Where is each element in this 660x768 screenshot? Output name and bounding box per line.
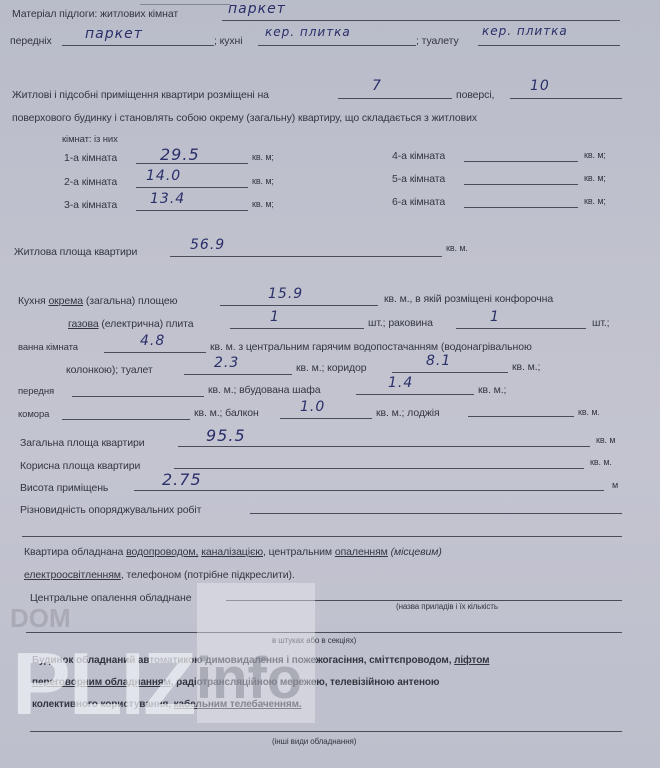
room-label: 6-а кімната [392, 196, 445, 208]
bath-label: ванна кімната [18, 342, 78, 353]
sewer-underlined: каналізацією [201, 546, 263, 558]
closet-value: 1.4 [388, 375, 413, 391]
floor-material-label: Матеріал підлоги: житлових кімнат [12, 8, 178, 20]
equipment-text: , центральним [263, 546, 332, 558]
floor-hall-line [62, 45, 214, 46]
total-area-value: 95.5 [206, 426, 246, 445]
storage-line [62, 419, 190, 420]
bath-text-3: колонкою); туалет [66, 364, 153, 376]
corridor-unit: кв. м.; [512, 361, 540, 373]
room-value: 29.5 [160, 145, 200, 164]
corridor-line [392, 372, 508, 373]
living-area-line [170, 256, 442, 257]
balcony-line [280, 418, 372, 419]
stove-line [230, 328, 364, 329]
watermark-info: info [196, 650, 302, 708]
room-label: 1-а кімната [64, 152, 117, 164]
floor-hall-value: паркет [85, 26, 143, 42]
bath-value: 4.8 [140, 333, 165, 349]
finish-line [250, 513, 622, 514]
water-underlined: водопроводом, [126, 546, 198, 558]
watermark-logo: PLIZ [12, 640, 195, 728]
other-equipment-note: (інші види обладнання) [272, 737, 356, 746]
total-area-unit: кв. м [596, 435, 615, 445]
height-line [134, 490, 604, 491]
room-value: 13.4 [150, 191, 185, 207]
storeys-value: 10 [530, 78, 550, 94]
floor-rooms-value: паркет [228, 1, 286, 17]
closet-label: кв. м.; вбудована шафа [208, 384, 321, 396]
height-label: Висота приміщень [20, 482, 108, 494]
sink-label: шт.; раковина [368, 317, 433, 329]
room-line [136, 210, 248, 211]
room-unit: кв. м; [252, 199, 274, 209]
floor-toilet-line [478, 45, 620, 46]
gas-underlined: газова [68, 318, 99, 330]
storeys-line [510, 98, 622, 99]
bath-text-2: кв. м. з центральним гарячим водопостача… [210, 341, 532, 353]
room-unit: кв. м; [584, 196, 606, 206]
kitchen-text: (електрична) плита [101, 318, 193, 330]
sink-line [456, 328, 586, 329]
finish-line-2 [22, 536, 622, 537]
equipment-text: , телефоном (потрібне підкреслити). [121, 569, 295, 581]
loggia-unit: кв. м. [578, 407, 600, 417]
equipment-text-1: Квартира обладнана водопроводом, каналіз… [24, 546, 442, 558]
heating-underlined: опаленням [335, 546, 388, 558]
closet-line [356, 394, 474, 395]
storage-label: комора [18, 409, 49, 420]
total-area-line [178, 446, 590, 447]
room-line [464, 161, 578, 162]
location-text-3: поверхового будинку і становлять собою о… [12, 112, 477, 124]
kitchen-text-3: кв. м., в якій розміщені конфорочна [384, 293, 553, 305]
sink-unit: шт.; [592, 317, 610, 329]
living-area-unit: кв. м. [446, 243, 468, 253]
room-line [136, 187, 248, 188]
kitchen-label: Кухня окрема (загальна) площею [18, 295, 177, 307]
floor-line [338, 98, 452, 99]
room-label: 3-а кімната [64, 199, 117, 211]
floor-hall-label: передніх [10, 35, 52, 47]
living-area-value: 56.9 [190, 237, 225, 253]
lift-underlined: ліфтом [454, 655, 489, 666]
room-line [464, 207, 578, 208]
floor-kitchen-label: ; кухні [214, 35, 242, 47]
apartment-form-document: Матеріал підлоги: житлових кімнат паркет… [0, 0, 660, 768]
room-label: 5-а кімната [392, 173, 445, 185]
closet-unit: кв. м.; [478, 384, 506, 396]
bath-line [104, 352, 206, 353]
usable-area-unit: кв. м. [590, 457, 612, 467]
equipment-text-2: електроосвітленням, телефоном (потрібне … [24, 569, 295, 581]
room-unit: кв. м; [584, 150, 606, 160]
finish-label: Різновидність опоряджувальних робіт [20, 504, 201, 516]
corridor-value: 8.1 [426, 353, 451, 369]
toilet-line [184, 374, 292, 375]
height-value: 2.75 [162, 470, 202, 489]
balcony-value: 1.0 [300, 399, 325, 415]
room-unit: кв. м; [252, 176, 274, 186]
room-unit: кв. м; [252, 152, 274, 162]
location-text-1: Житлові і підсобні приміщення квартири р… [12, 89, 269, 101]
room-value: 14.0 [146, 168, 181, 184]
floor-rooms-line [222, 20, 620, 21]
equipment-text: Квартира обладнана [24, 546, 123, 558]
kitchen-text: Кухня [18, 295, 46, 307]
usable-area-line [174, 468, 584, 469]
floor-kitchen-value: кер. плитка [265, 25, 351, 39]
corridor-label: кв. м.; коридор [296, 362, 367, 374]
balcony-label: кв. м.; балкон [194, 407, 259, 419]
blank-line [140, 4, 230, 5]
floor-kitchen-line [258, 45, 416, 46]
sink-value: 1 [490, 309, 500, 325]
room-unit: кв. м; [584, 173, 606, 183]
hall-line [72, 396, 204, 397]
usable-area-label: Корисна площа квартири [20, 460, 140, 472]
room-line [464, 184, 578, 185]
living-area-label: Житлова площа квартири [14, 246, 137, 258]
room-label: 2-а кімната [64, 176, 117, 188]
height-unit: м [612, 480, 618, 490]
stove-value: 1 [270, 309, 280, 325]
heating-note-1: (назва приладів і їх кількість [396, 602, 498, 611]
heating-line-2 [26, 632, 622, 633]
toilet-value: 2.3 [214, 355, 239, 371]
floor-toilet-value: кер. плитка [482, 24, 568, 38]
kitchen-stove-label: газова (електрична) плита [68, 318, 194, 330]
room-label: 4-а кімната [392, 150, 445, 162]
location-text-4: кімнат: із них [62, 134, 118, 145]
floor-value: 7 [372, 78, 382, 94]
loggia-label: кв. м.; лоджія [376, 407, 440, 419]
hall-label: передня [18, 386, 54, 397]
kitchen-separate-underlined: окрема [48, 295, 83, 307]
loggia-line [468, 416, 574, 417]
floor-toilet-label: ; туалету [416, 35, 459, 47]
total-area-label: Загальна площа квартири [20, 437, 145, 449]
kitchen-area-line [220, 305, 378, 306]
electric-underlined: електроосвітленням [24, 569, 121, 581]
watermark-dom: DOM [10, 603, 71, 634]
kitchen-text: (загальна) площею [86, 295, 178, 307]
kitchen-area-value: 15.9 [268, 286, 303, 302]
local-heating-text: (місцевим) [391, 546, 442, 558]
location-text-2: поверсі, [456, 89, 494, 101]
